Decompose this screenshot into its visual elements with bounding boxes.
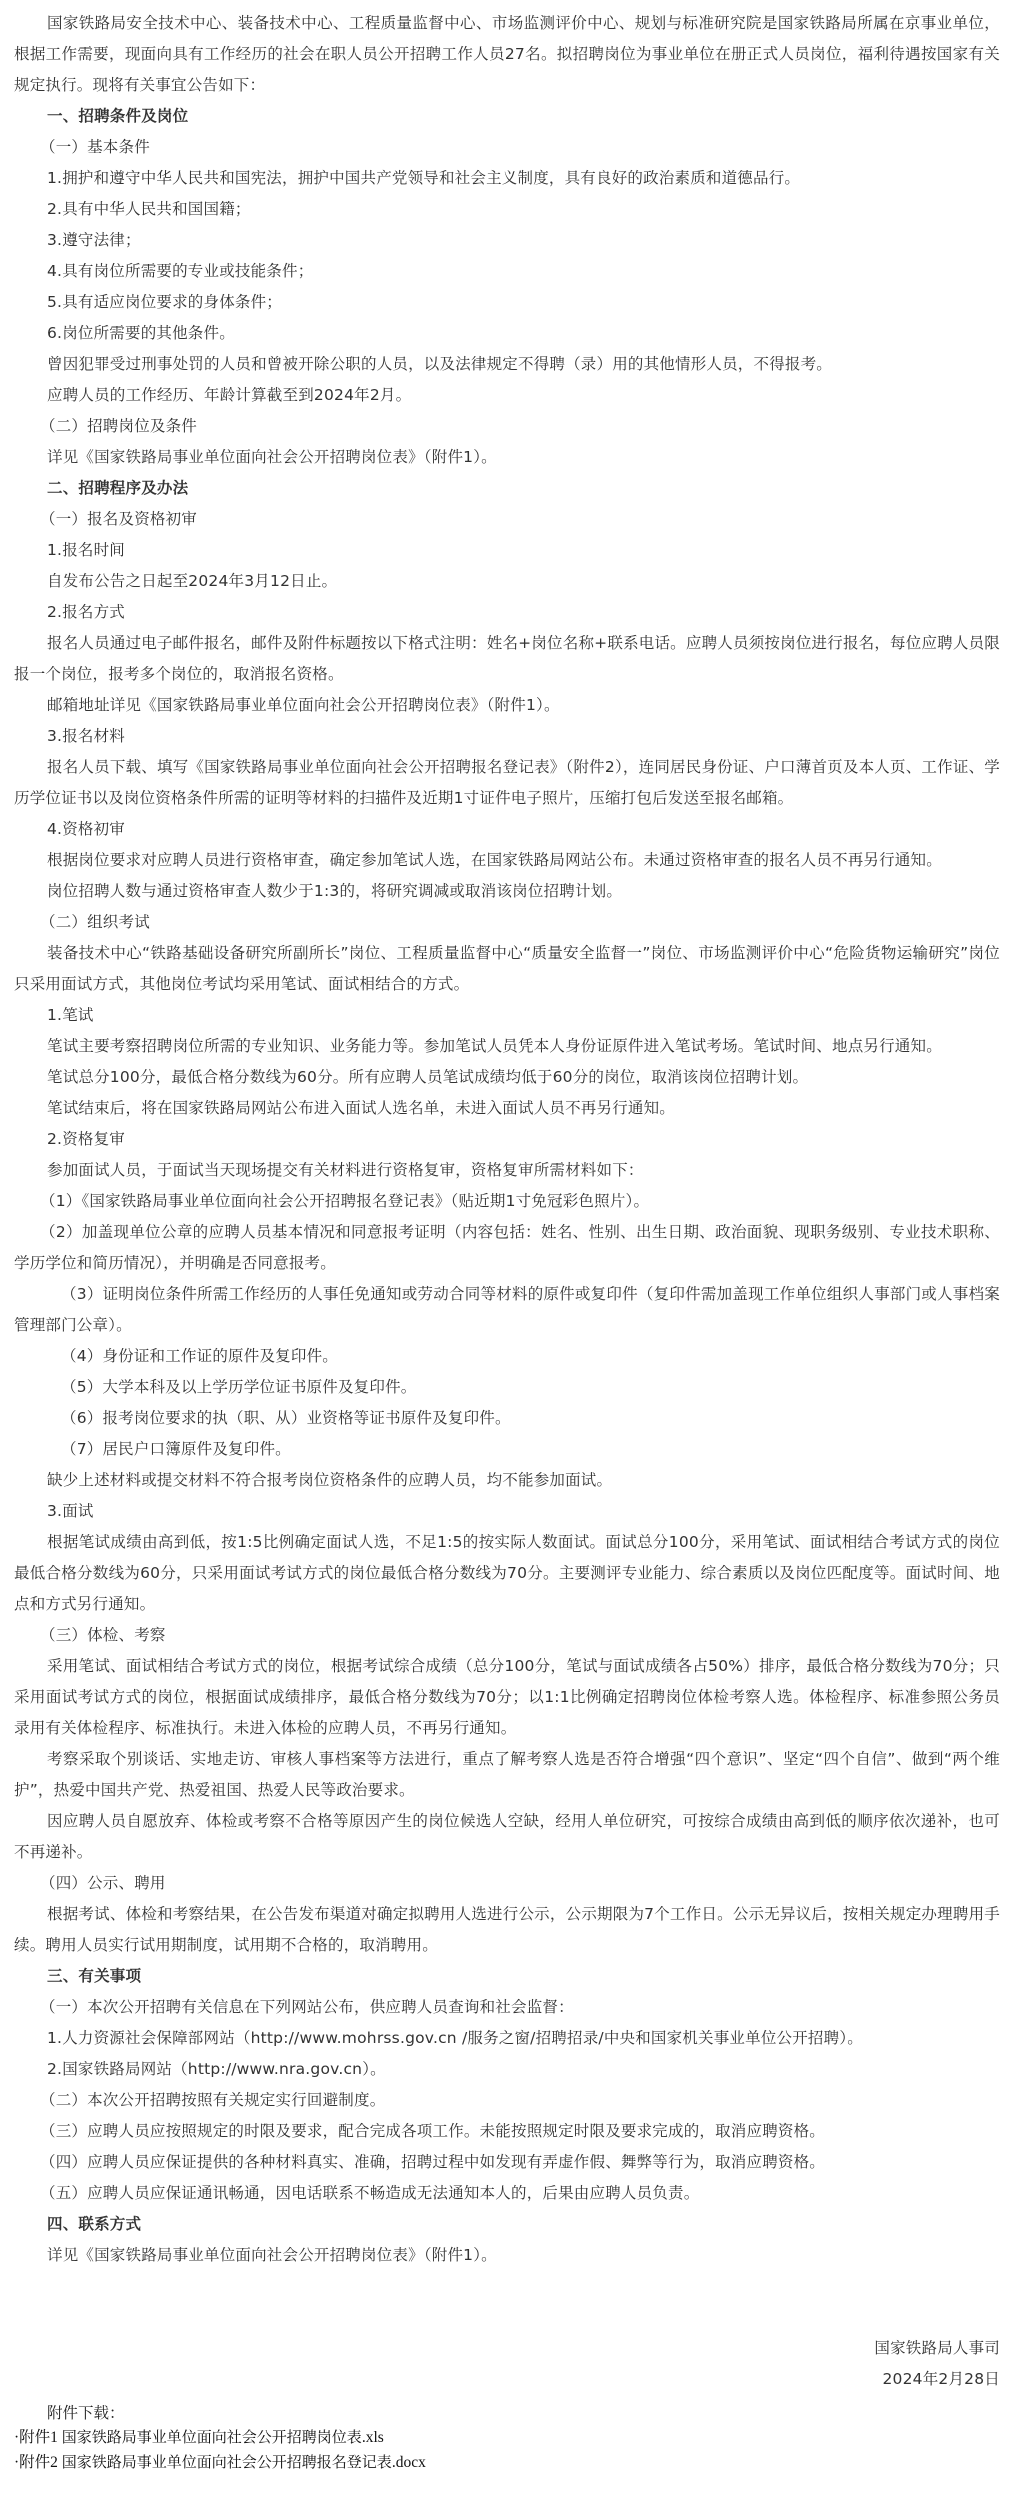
signature-date: 2024年2月28日: [14, 2364, 1000, 2395]
body-paragraph: 1.笔试: [14, 1000, 1000, 1031]
body-paragraph: 5.具有适应岗位要求的身体条件；: [14, 287, 1000, 318]
body-paragraph: 详见《国家铁路局事业单位面向社会公开招聘岗位表》（附件1）。: [14, 2240, 1000, 2271]
signature-spacer: [14, 2271, 1000, 2333]
attachment-prefix: ·附件1: [14, 2429, 62, 2446]
body-paragraph: 因应聘人员自愿放弃、体检或考察不合格等原因产生的岗位候选人空缺，经用人单位研究，…: [14, 1806, 1000, 1868]
body-paragraph: 根据岗位要求对应聘人员进行资格审查，确定参加笔试人选，在国家铁路局网站公布。未通…: [14, 845, 1000, 876]
attachment-link-1[interactable]: ·附件1 国家铁路局事业单位面向社会公开招聘岗位表.xls: [14, 2425, 1000, 2450]
body-paragraph: 1.人力资源社会保障部网站（http://www.mohrss.gov.cn /…: [14, 2023, 1000, 2054]
subsection-heading: （一）基本条件: [14, 132, 1000, 163]
subsection-heading: （四）应聘人员应保证提供的各种材料真实、准确，招聘过程中如发现有弄虚作假、舞弊等…: [14, 2147, 1000, 2178]
attachments-section: 附件下载： ·附件1 国家铁路局事业单位面向社会公开招聘岗位表.xls ·附件2…: [0, 2395, 1014, 2515]
body-paragraph: 根据笔试成绩由高到低，按1:5比例确定面试人选，不足1:5的按实际人数面试。面试…: [14, 1527, 1000, 1620]
body-paragraph: 详见《国家铁路局事业单位面向社会公开招聘岗位表》（附件1）。: [14, 442, 1000, 473]
body-paragraph: 笔试主要考察招聘岗位所需的专业知识、业务能力等。参加笔试人员凭本人身份证原件进入…: [14, 1031, 1000, 1062]
body-paragraph: 3.遵守法律；: [14, 225, 1000, 256]
body-paragraph: 3.报名材料: [14, 721, 1000, 752]
subsection-heading: （三）应聘人员应按照规定的时限及要求，配合完成各项工作。未能按照规定时限及要求完…: [14, 2116, 1000, 2147]
attachment-name: 国家铁路局事业单位面向社会公开招聘报名登记表: [62, 2453, 392, 2471]
list-item: （7）居民户口簿原件及复印件。: [14, 1434, 1000, 1465]
body-paragraph: 4.具有岗位所需要的专业或技能条件；: [14, 256, 1000, 287]
list-item: （3）证明岗位条件所需工作经历的人事任免通知或劳动合同等材料的原件或复印件（复印…: [14, 1279, 1000, 1341]
subsection-heading: （五）应聘人员应保证通讯畅通，因电话联系不畅造成无法通知本人的，后果由应聘人员负…: [14, 2178, 1000, 2209]
body-paragraph: 考察采取个别谈话、实地走访、审核人事档案等方法进行，重点了解考察人选是否符合增强…: [14, 1744, 1000, 1806]
attachment-name: 国家铁路局事业单位面向社会公开招聘岗位表: [62, 2428, 362, 2446]
subsection-heading: （一）报名及资格初审: [14, 504, 1000, 535]
section-heading: 一、招聘条件及岗位: [14, 101, 1000, 132]
section-heading: 二、招聘程序及办法: [14, 473, 1000, 504]
subsection-heading: （1）《国家铁路局事业单位面向社会公开招聘报名登记表》（贴近期1寸免冠彩色照片）…: [14, 1186, 1000, 1217]
subsection-heading: （一）本次公开招聘有关信息在下列网站公布，供应聘人员查询和社会监督：: [14, 1992, 1000, 2023]
signature-org: 国家铁路局人事司: [14, 2333, 1000, 2364]
attachment-ext: .xls: [362, 2429, 384, 2446]
body-paragraph: 采用笔试、面试相结合考试方式的岗位，根据考试综合成绩（总分100分，笔试与面试成…: [14, 1651, 1000, 1744]
body-paragraph: 1.报名时间: [14, 535, 1000, 566]
article-body: 国家铁路局安全技术中心、装备技术中心、工程质量监督中心、市场监测评价中心、规划与…: [0, 0, 1014, 2395]
body-paragraph: 报名人员通过电子邮件报名，邮件及附件标题按以下格式注明：姓名+岗位名称+联系电话…: [14, 628, 1000, 690]
subsection-heading: （二）组织考试: [14, 907, 1000, 938]
section-heading: 三、有关事项: [14, 1961, 1000, 1992]
section-heading: 四、联系方式: [14, 2209, 1000, 2240]
body-paragraph: 3.面试: [14, 1496, 1000, 1527]
subsection-heading: （二）本次公开招聘按照有关规定实行回避制度。: [14, 2085, 1000, 2116]
body-paragraph: 笔试结束后，将在国家铁路局网站公布进入面试人选名单，未进入面试人员不再另行通知。: [14, 1093, 1000, 1124]
list-item: （6）报考岗位要求的执（职、从）业资格等证书原件及复印件。: [14, 1403, 1000, 1434]
body-paragraph: 装备技术中心“铁路基础设备研究所副所长”岗位、工程质量监督中心“质量安全监督一”…: [14, 938, 1000, 1000]
body-paragraph: 1.拥护和遵守中华人民共和国宪法，拥护中国共产党领导和社会主义制度，具有良好的政…: [14, 163, 1000, 194]
body-paragraph: 笔试总分100分，最低合格分数线为60分。所有应聘人员笔试成绩均低于60分的岗位…: [14, 1062, 1000, 1093]
attachment-prefix: ·附件2: [14, 2454, 62, 2471]
subsection-heading: （三）体检、考察: [14, 1620, 1000, 1651]
attachment-link-2[interactable]: ·附件2 国家铁路局事业单位面向社会公开招聘报名登记表.docx: [14, 2450, 1000, 2475]
body-paragraph: 报名人员下载、填写《国家铁路局事业单位面向社会公开招聘报名登记表》（附件2），连…: [14, 752, 1000, 814]
subsection-heading: （2）加盖现单位公章的应聘人员基本情况和同意报考证明（内容包括：姓名、性别、出生…: [14, 1217, 1000, 1279]
body-paragraph: 2.报名方式: [14, 597, 1000, 628]
body-paragraph: 邮箱地址详见《国家铁路局事业单位面向社会公开招聘岗位表》（附件1）。: [14, 690, 1000, 721]
body-paragraph: 应聘人员的工作经历、年龄计算截至到2024年2月。: [14, 380, 1000, 411]
article-paragraphs: 国家铁路局安全技术中心、装备技术中心、工程质量监督中心、市场监测评价中心、规划与…: [14, 8, 1000, 2271]
attachments-title: 附件下载：: [14, 2401, 1000, 2425]
body-paragraph: 2.资格复审: [14, 1124, 1000, 1155]
body-paragraph: 曾因犯罪受过刑事处罚的人员和曾被开除公职的人员，以及法律规定不得聘（录）用的其他…: [14, 349, 1000, 380]
body-paragraph: 岗位招聘人数与通过资格审查人数少于1:3的，将研究调减或取消该岗位招聘计划。: [14, 876, 1000, 907]
body-paragraph: 4.资格初审: [14, 814, 1000, 845]
list-item: （4）身份证和工作证的原件及复印件。: [14, 1341, 1000, 1372]
body-paragraph: 根据考试、体检和考察结果，在公告发布渠道对确定拟聘用人选进行公示，公示期限为7个…: [14, 1899, 1000, 1961]
list-item: （5）大学本科及以上学历学位证书原件及复印件。: [14, 1372, 1000, 1403]
subsection-heading: （二）招聘岗位及条件: [14, 411, 1000, 442]
body-paragraph: 国家铁路局安全技术中心、装备技术中心、工程质量监督中心、市场监测评价中心、规划与…: [14, 8, 1000, 101]
body-paragraph: 参加面试人员，于面试当天现场提交有关材料进行资格复审，资格复审所需材料如下：: [14, 1155, 1000, 1186]
body-paragraph: 缺少上述材料或提交材料不符合报考岗位资格条件的应聘人员，均不能参加面试。: [14, 1465, 1000, 1496]
body-paragraph: 2.具有中华人民共和国国籍；: [14, 194, 1000, 225]
body-paragraph: 自发布公告之日起至2024年3月12日止。: [14, 566, 1000, 597]
body-paragraph: 2.国家铁路局网站（http://www.nra.gov.cn）。: [14, 2054, 1000, 2085]
subsection-heading: （四）公示、聘用: [14, 1868, 1000, 1899]
body-paragraph: 6.岗位所需要的其他条件。: [14, 318, 1000, 349]
attachment-ext: .docx: [392, 2454, 426, 2471]
